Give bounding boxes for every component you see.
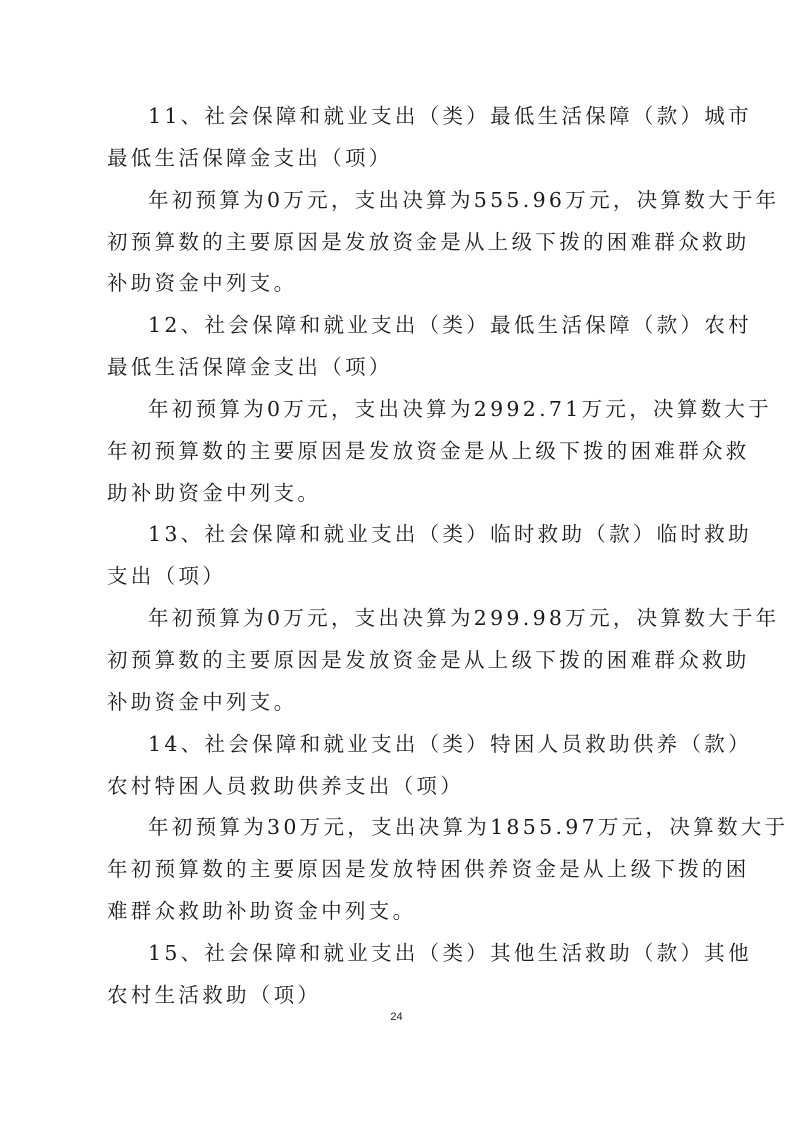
section-13: 13、社会保障和就业支出（类）临时救助（款）临时救助 支出（项） 年初预算为0万… (107, 514, 683, 723)
section-body-line: 年初预算为0万元，支出决算为2992.71万元，决算数大于 (107, 389, 683, 431)
section-body-line: 补助资金中列支。 (107, 263, 683, 305)
section-heading-line: 最低生活保障金支出（项） (107, 347, 683, 389)
section-12: 12、社会保障和就业支出（类）最低生活保障（款）农村 最低生活保障金支出（项） … (107, 305, 683, 514)
section-body-line: 助补助资金中列支。 (107, 473, 683, 515)
section-body-line: 难群众救助补助资金中列支。 (107, 891, 683, 933)
section-14: 14、社会保障和就业支出（类）特困人员救助供养（款） 农村特困人员救助供养支出（… (107, 724, 683, 933)
section-heading-line: 11、社会保障和就业支出（类）最低生活保障（款）城市 (107, 96, 683, 138)
page-number: 24 (0, 1011, 793, 1023)
section-body-line: 年初预算为30万元，支出决算为1855.97万元，决算数大于 (107, 807, 683, 849)
section-15: 15、社会保障和就业支出（类）其他生活救助（款）其他 农村生活救助（项） (107, 933, 683, 1017)
section-heading-line: 15、社会保障和就业支出（类）其他生活救助（款）其他 (107, 933, 683, 975)
section-heading-line: 13、社会保障和就业支出（类）临时救助（款）临时救助 (107, 514, 683, 556)
section-body-line: 年初预算数的主要原因是发放特困供养资金是从上级下拨的困 (107, 849, 683, 891)
section-heading-line: 最低生活保障金支出（项） (107, 138, 683, 180)
section-heading-line: 农村特困人员救助供养支出（项） (107, 766, 683, 808)
section-body-line: 年初预算为0万元，支出决算为555.96万元，决算数大于年 (107, 180, 683, 222)
section-body-line: 年初预算为0万元，支出决算为299.98万元，决算数大于年 (107, 598, 683, 640)
section-11: 11、社会保障和就业支出（类）最低生活保障（款）城市 最低生活保障金支出（项） … (107, 96, 683, 305)
section-heading-line: 12、社会保障和就业支出（类）最低生活保障（款）农村 (107, 305, 683, 347)
document-page: 11、社会保障和就业支出（类）最低生活保障（款）城市 最低生活保障金支出（项） … (0, 0, 793, 1122)
section-heading-line: 14、社会保障和就业支出（类）特困人员救助供养（款） (107, 724, 683, 766)
section-body-line: 初预算数的主要原因是发放资金是从上级下拨的困难群众救助 (107, 640, 683, 682)
section-body-line: 补助资金中列支。 (107, 682, 683, 724)
section-heading-line: 支出（项） (107, 556, 683, 598)
document-body: 11、社会保障和就业支出（类）最低生活保障（款）城市 最低生活保障金支出（项） … (107, 96, 683, 1017)
section-body-line: 初预算数的主要原因是发放资金是从上级下拨的困难群众救助 (107, 222, 683, 264)
section-body-line: 年初预算数的主要原因是发放资金是从上级下拨的困难群众救 (107, 431, 683, 473)
